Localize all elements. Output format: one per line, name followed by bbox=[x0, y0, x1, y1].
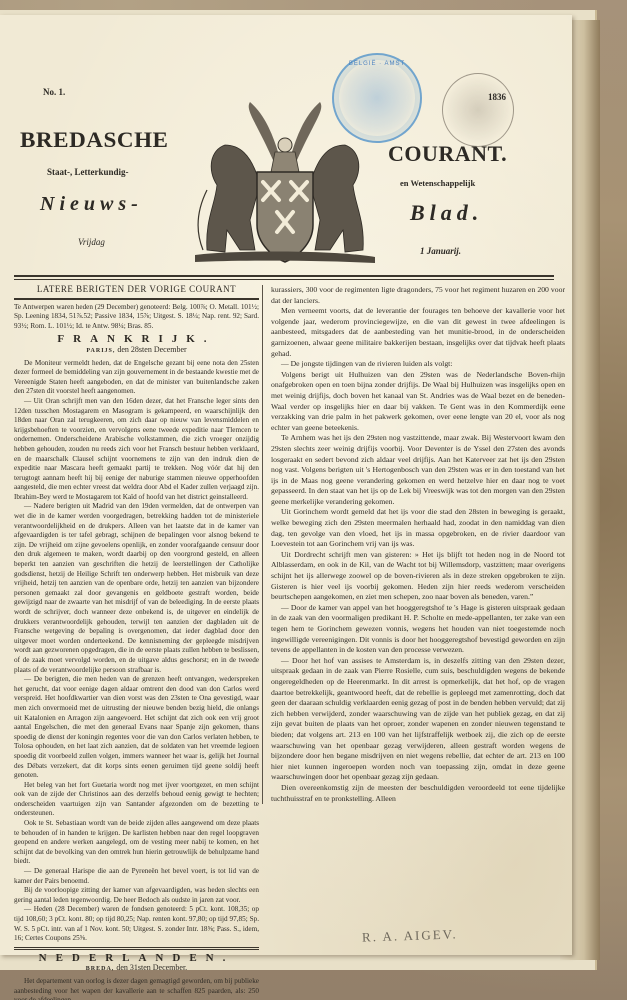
subtitle-left: Staat-, Letterkundig- bbox=[47, 167, 129, 177]
weekday: Vrijdag bbox=[78, 237, 105, 247]
dateline-city: PARIJS, bbox=[86, 348, 115, 354]
section-rule bbox=[14, 298, 259, 300]
article-paragraph: — Heden (28 December) waren de fondsen g… bbox=[14, 905, 259, 943]
heading-france: FRANKRIJK. bbox=[14, 335, 259, 345]
article-paragraph: Te Arnhem was het ijs den 29sten nog vas… bbox=[271, 433, 565, 507]
article-paragraph: De Moniteur vermeldt heden, dat de Engel… bbox=[14, 359, 259, 397]
title-blad: Blad. bbox=[410, 200, 483, 226]
title-nieuws: Nieuws- bbox=[40, 193, 143, 216]
tax-stamp bbox=[442, 73, 514, 147]
article-paragraph: kurassiers, 300 voor de regimenten ligte… bbox=[271, 285, 565, 306]
dateline-breda: BREDA, den 31sten December. bbox=[14, 963, 259, 975]
library-stamp-blue: BELGIË · AMST bbox=[332, 53, 422, 143]
issue-number: No. 1. bbox=[43, 87, 65, 97]
dateline-city: BREDA, bbox=[86, 966, 115, 972]
title-courant: COURANT. bbox=[388, 141, 507, 167]
article-paragraph: — Door het hof van assises te Amsterdam … bbox=[271, 656, 565, 783]
archive-stamp: R. A. AIGEV. bbox=[362, 926, 458, 945]
dateline-date: den 31sten December. bbox=[116, 963, 187, 972]
article-paragraph: Men verneemt voorts, dat de leverantie d… bbox=[271, 306, 565, 359]
title-bredasche: BREDASCHE bbox=[20, 127, 168, 153]
masthead-rule bbox=[14, 275, 554, 277]
article-paragraph: Het beleg van het fort Guetaria wordt no… bbox=[14, 781, 259, 819]
dateline-paris: PARIJS, den 28sten December bbox=[14, 345, 259, 357]
article-paragraph: Uit Dordrecht schrijft men van gisteren:… bbox=[271, 550, 565, 603]
article-paragraph: Het departement van oorlog is dezer dage… bbox=[14, 977, 259, 1000]
antwerp-market-report: Te Antwerpen waren heden (29 December) g… bbox=[14, 303, 259, 332]
left-column: LATERE BERIGTEN DER VORIGE COURANT Te An… bbox=[14, 285, 259, 1000]
stamp-blue-text: BELGIË · AMST bbox=[334, 61, 420, 67]
article-paragraph: — De generaal Harispe die aan de Pyreneë… bbox=[14, 867, 259, 886]
subtitle-right: en Wetenschappelijk bbox=[400, 178, 475, 188]
article-paragraph: Uit Gorinchem wordt gemeld dat het ijs v… bbox=[271, 507, 565, 549]
issue-date: 1 Januarij. bbox=[420, 246, 461, 256]
section-divider bbox=[14, 947, 259, 950]
stamp-year: 1836 bbox=[488, 92, 506, 102]
newspaper-page: No. 1. BREDASCHE Staat-, Letterkundig- N… bbox=[0, 15, 572, 955]
article-paragraph: Dien overeenkomstig zijn de meesten der … bbox=[271, 783, 565, 804]
article-paragraph: — Door de kamer van appel van het hoogge… bbox=[271, 603, 565, 656]
heading-netherlands: NEDERLANDEN. bbox=[14, 954, 259, 964]
article-paragraph: — Nadere berigten uit Madrid van den 19d… bbox=[14, 502, 259, 675]
dateline-date: den 28sten December bbox=[117, 345, 186, 354]
article-paragraph: — De berigten, die men heden van de gren… bbox=[14, 675, 259, 781]
article-paragraph: — De jongste tijdingen van de rivieren l… bbox=[271, 359, 565, 370]
article-paragraph: — Uit Oran schrijft men van den 16den de… bbox=[14, 397, 259, 503]
article-paragraph: Volgens berigt uit Hulhuizen van den 29s… bbox=[271, 370, 565, 434]
masthead-rule-thin bbox=[14, 279, 554, 280]
section-header-latest-news: LATERE BERIGTEN DER VORIGE COURANT bbox=[14, 285, 259, 295]
article-paragraph: Ook te St. Sebastiaan wordt van de beide… bbox=[14, 819, 259, 867]
article-paragraph: Bij de voorloopige zitting der kamer van… bbox=[14, 886, 259, 905]
right-column: kurassiers, 300 voor de regimenten ligte… bbox=[262, 285, 565, 804]
masthead: No. 1. BREDASCHE Staat-, Letterkundig- N… bbox=[0, 15, 572, 235]
